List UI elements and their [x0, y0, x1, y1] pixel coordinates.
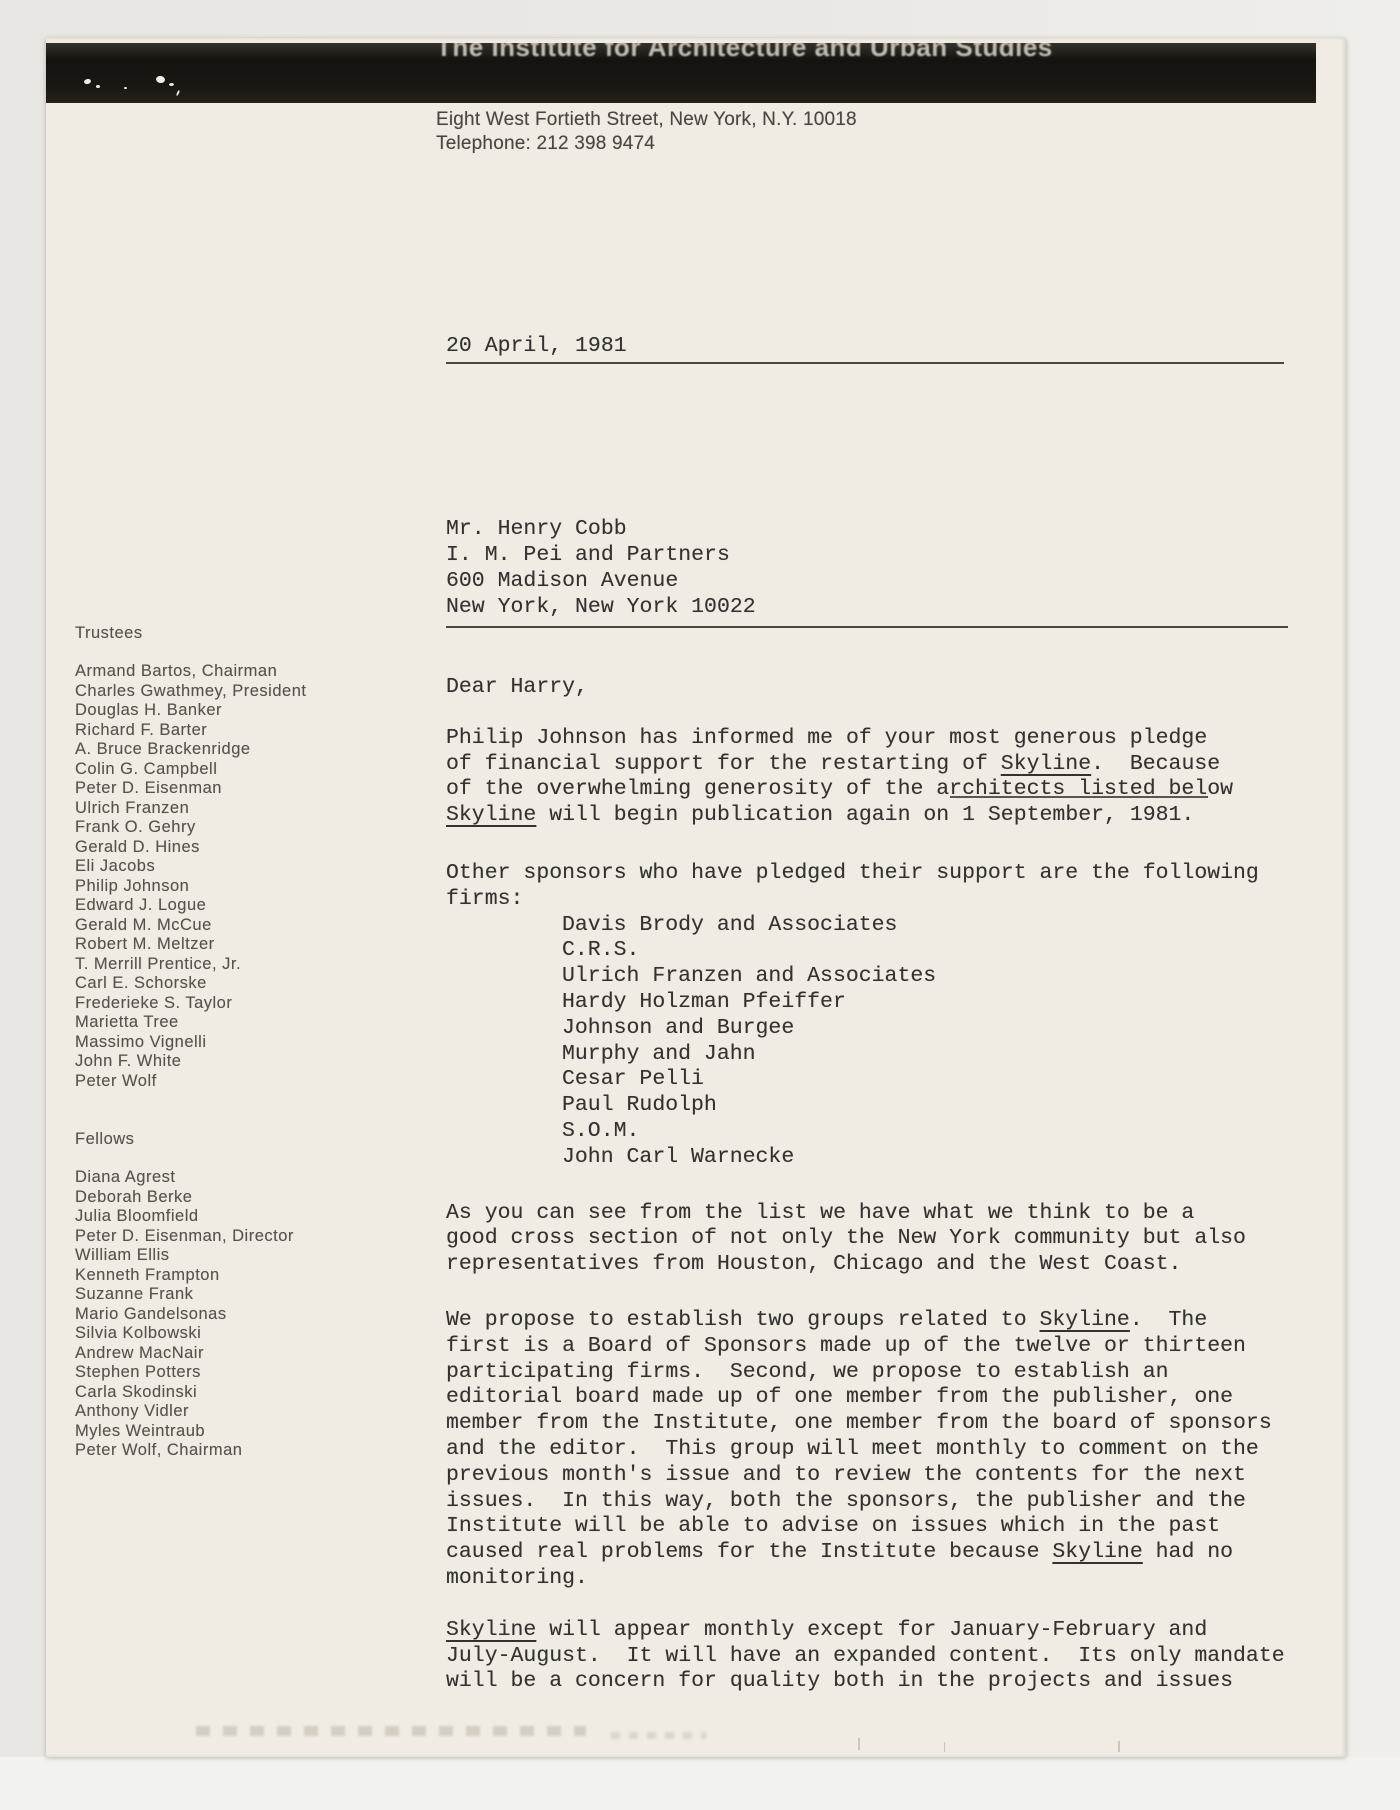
trustee-item: A. Bruce Brackenridge	[75, 740, 306, 760]
fellow-item: Peter Wolf, Chairman	[75, 1441, 294, 1461]
letter-text-segment: of financial support for the restarting …	[446, 752, 1001, 776]
firm-item: Murphy and Jahn	[562, 1042, 1316, 1068]
firm-item: Johnson and Burgee	[562, 1016, 1316, 1042]
paragraph-two-groups: We propose to establish two groups relat…	[446, 1308, 1316, 1592]
firm-item: Hardy Holzman Pfeiffer	[562, 990, 1316, 1016]
recipient-firm: I. M. Pei and Partners	[446, 542, 756, 568]
scan-speck	[155, 75, 165, 83]
fellow-item: Silvia Kolbowski	[75, 1324, 294, 1344]
letterhead-telephone: Telephone: 212 398 9474	[436, 132, 857, 156]
fellow-item: Andrew MacNair	[75, 1344, 294, 1364]
trustee-item: Massimo Vignelli	[75, 1033, 306, 1053]
letter-line: will be a concern for quality both in th…	[446, 1669, 1316, 1695]
firm-item: John Carl Warnecke	[562, 1145, 1316, 1171]
trustee-item: Robert M. Meltzer	[75, 935, 306, 955]
letter-line: and the editor. This group will meet mon…	[446, 1437, 1316, 1463]
paragraph-sponsors-intro: Other sponsors who have pledged their su…	[446, 861, 1316, 913]
trustee-item: Ulrich Franzen	[75, 799, 306, 819]
letter-line: As you can see from the list we have wha…	[446, 1201, 1316, 1227]
letter-text-segment: . Because	[1091, 752, 1220, 776]
recipient-underline-rule	[446, 626, 1288, 628]
letter-line: Skyline will appear monthly except for J…	[446, 1618, 1316, 1644]
trustee-item: Colin G. Campbell	[75, 760, 306, 780]
fellows-list: Diana Agrest Deborah Berke Julia Bloomfi…	[75, 1168, 294, 1461]
letter-line: Other sponsors who have pledged their su…	[446, 861, 1316, 887]
recipient-street: 600 Madison Avenue	[446, 568, 756, 594]
trustee-item: T. Merrill Prentice, Jr.	[75, 955, 306, 975]
scan-tick-mark	[858, 1738, 860, 1750]
skyline-underlined: Skyline	[446, 803, 536, 827]
trustee-item: Armand Bartos, Chairman	[75, 662, 306, 682]
letter-text-segment: will appear monthly except for January-F…	[536, 1618, 1207, 1642]
fellows-heading: Fellows	[75, 1130, 134, 1150]
letter-line: member from the Institute, one member fr…	[446, 1411, 1316, 1437]
recipient-name: Mr. Henry Cobb	[446, 516, 756, 542]
letter-line: of financial support for the restarting …	[446, 752, 1316, 778]
fellow-item: Deborah Berke	[75, 1188, 294, 1208]
trustee-item: Peter D. Eisenman	[75, 779, 306, 799]
date-line: 20 April, 1981	[446, 334, 1284, 364]
firm-item: C.R.S.	[562, 938, 1316, 964]
trustee-item: Gerald D. Hines	[75, 838, 306, 858]
fellow-item: Carla Skodinski	[75, 1383, 294, 1403]
paragraph-monthly: Skyline will appear monthly except for J…	[446, 1618, 1316, 1695]
fellow-item: Diana Agrest	[75, 1168, 294, 1188]
fellow-item: Peter D. Eisenman, Director	[75, 1227, 294, 1247]
letter-line: July-August. It will have an expanded co…	[446, 1644, 1316, 1670]
trustee-item: Eli Jacobs	[75, 857, 306, 877]
letter-line: issues. In this way, both the sponsors, …	[446, 1489, 1316, 1515]
sponsor-firms-list: Davis Brody and Associates C.R.S. Ulrich…	[446, 913, 1316, 1171]
letter-line: good cross section of not only the New Y…	[446, 1226, 1316, 1252]
letter-line: firms:	[446, 887, 1316, 913]
letter-line: We propose to establish two groups relat…	[446, 1308, 1316, 1334]
skyline-underlined: Skyline	[1052, 1540, 1142, 1564]
trustee-item: Edward J. Logue	[75, 896, 306, 916]
firm-item: Cesar Pelli	[562, 1067, 1316, 1093]
letter-line: Philip Johnson has informed me of your m…	[446, 726, 1316, 752]
letter-line: representatives from Houston, Chicago an…	[446, 1252, 1316, 1278]
fellow-item: Julia Bloomfield	[75, 1207, 294, 1227]
institute-name-clipped: The Institute for Architecture and Urban…	[436, 43, 1053, 63]
recipient-city: New York, New York 10022	[446, 594, 756, 620]
bleedthrough-smudge	[196, 1726, 586, 1736]
letterhead-banner: The Institute for Architecture and Urban…	[46, 43, 1316, 103]
scan-speck	[176, 90, 180, 96]
trustee-item: Douglas H. Banker	[75, 701, 306, 721]
letter-text-segment: caused real problems for the Institute b…	[446, 1540, 1052, 1564]
fellow-item: Myles Weintraub	[75, 1422, 294, 1442]
letter-line: caused real problems for the Institute b…	[446, 1540, 1316, 1566]
firm-item: Paul Rudolph	[562, 1093, 1316, 1119]
letter-line: previous month's issue and to review the…	[446, 1463, 1316, 1489]
skyline-underlined: Skyline	[1001, 752, 1091, 776]
underlying-sheet	[0, 1757, 1400, 1810]
trustee-item: Philip Johnson	[75, 877, 306, 897]
firm-item: Davis Brody and Associates	[562, 913, 1316, 939]
paragraph-pledge: Philip Johnson has informed me of your m…	[446, 726, 1316, 829]
scan-speck	[169, 83, 174, 86]
scan-tick-mark	[944, 1742, 945, 1752]
trustee-item: Frederieke S. Taylor	[75, 994, 306, 1014]
letter-paper: The Institute for Architecture and Urban…	[46, 38, 1346, 1757]
scan-speck	[124, 87, 127, 89]
stray-underline-mark	[950, 796, 1208, 798]
letter-body: Dear Harry, Philip Johnson has informed …	[446, 675, 1316, 1695]
letter-line: participating firms. Second, we propose …	[446, 1360, 1316, 1386]
firm-item: Ulrich Franzen and Associates	[562, 964, 1316, 990]
bleedthrough-smudge	[611, 1732, 706, 1739]
fellow-item: Anthony Vidler	[75, 1402, 294, 1422]
fellow-item: Kenneth Frampton	[75, 1266, 294, 1286]
trustee-item: Peter Wolf	[75, 1072, 306, 1092]
salutation: Dear Harry,	[446, 675, 1316, 701]
scanned-letter-page: The Institute for Architecture and Urban…	[0, 0, 1400, 1810]
paragraph-cross-section: As you can see from the list we have wha…	[446, 1201, 1316, 1278]
letter-text-segment: . The	[1130, 1308, 1207, 1332]
letter-line: monitoring.	[446, 1566, 1316, 1592]
letter-text-segment: will begin publication again on 1 Septem…	[536, 803, 1194, 827]
letter-line: of the overwhelming generosity of the ar…	[446, 777, 1316, 803]
firm-item: S.O.M.	[562, 1119, 1316, 1145]
fellow-item: William Ellis	[75, 1246, 294, 1266]
letter-line: Institute will be able to advise on issu…	[446, 1514, 1316, 1540]
fellow-item: Stephen Potters	[75, 1363, 294, 1383]
trustee-item: Frank O. Gehry	[75, 818, 306, 838]
trustee-item: Charles Gwathmey, President	[75, 682, 306, 702]
trustees-list: Armand Bartos, Chairman Charles Gwathmey…	[75, 662, 306, 1091]
trustee-item: Gerald M. McCue	[75, 916, 306, 936]
trustee-item: Carl E. Schorske	[75, 974, 306, 994]
trustees-heading: Trustees	[75, 624, 143, 644]
fellow-item: Mario Gandelsonas	[75, 1305, 294, 1325]
letterhead-address-block: Eight West Fortieth Street, New York, N.…	[436, 108, 857, 155]
letterhead-street-address: Eight West Fortieth Street, New York, N.…	[436, 108, 857, 132]
trustee-item: John F. White	[75, 1052, 306, 1072]
letter-line: editorial board made up of one member fr…	[446, 1385, 1316, 1411]
letter-text-segment: had no	[1143, 1540, 1233, 1564]
trustee-item: Marietta Tree	[75, 1013, 306, 1033]
fellow-item: Suzanne Frank	[75, 1285, 294, 1305]
recipient-address-block: Mr. Henry Cobb I. M. Pei and Partners 60…	[446, 516, 756, 620]
scan-speck	[96, 85, 100, 88]
scan-speck	[83, 78, 91, 85]
trustee-item: Richard F. Barter	[75, 721, 306, 741]
letter-line: first is a Board of Sponsors made up of …	[446, 1334, 1316, 1360]
skyline-underlined: Skyline	[1040, 1308, 1130, 1332]
letter-line: Skyline will begin publication again on …	[446, 803, 1316, 829]
skyline-underlined: Skyline	[446, 1618, 536, 1642]
letter-text-segment: We propose to establish two groups relat…	[446, 1308, 1040, 1332]
scan-tick-mark	[1118, 1741, 1120, 1752]
